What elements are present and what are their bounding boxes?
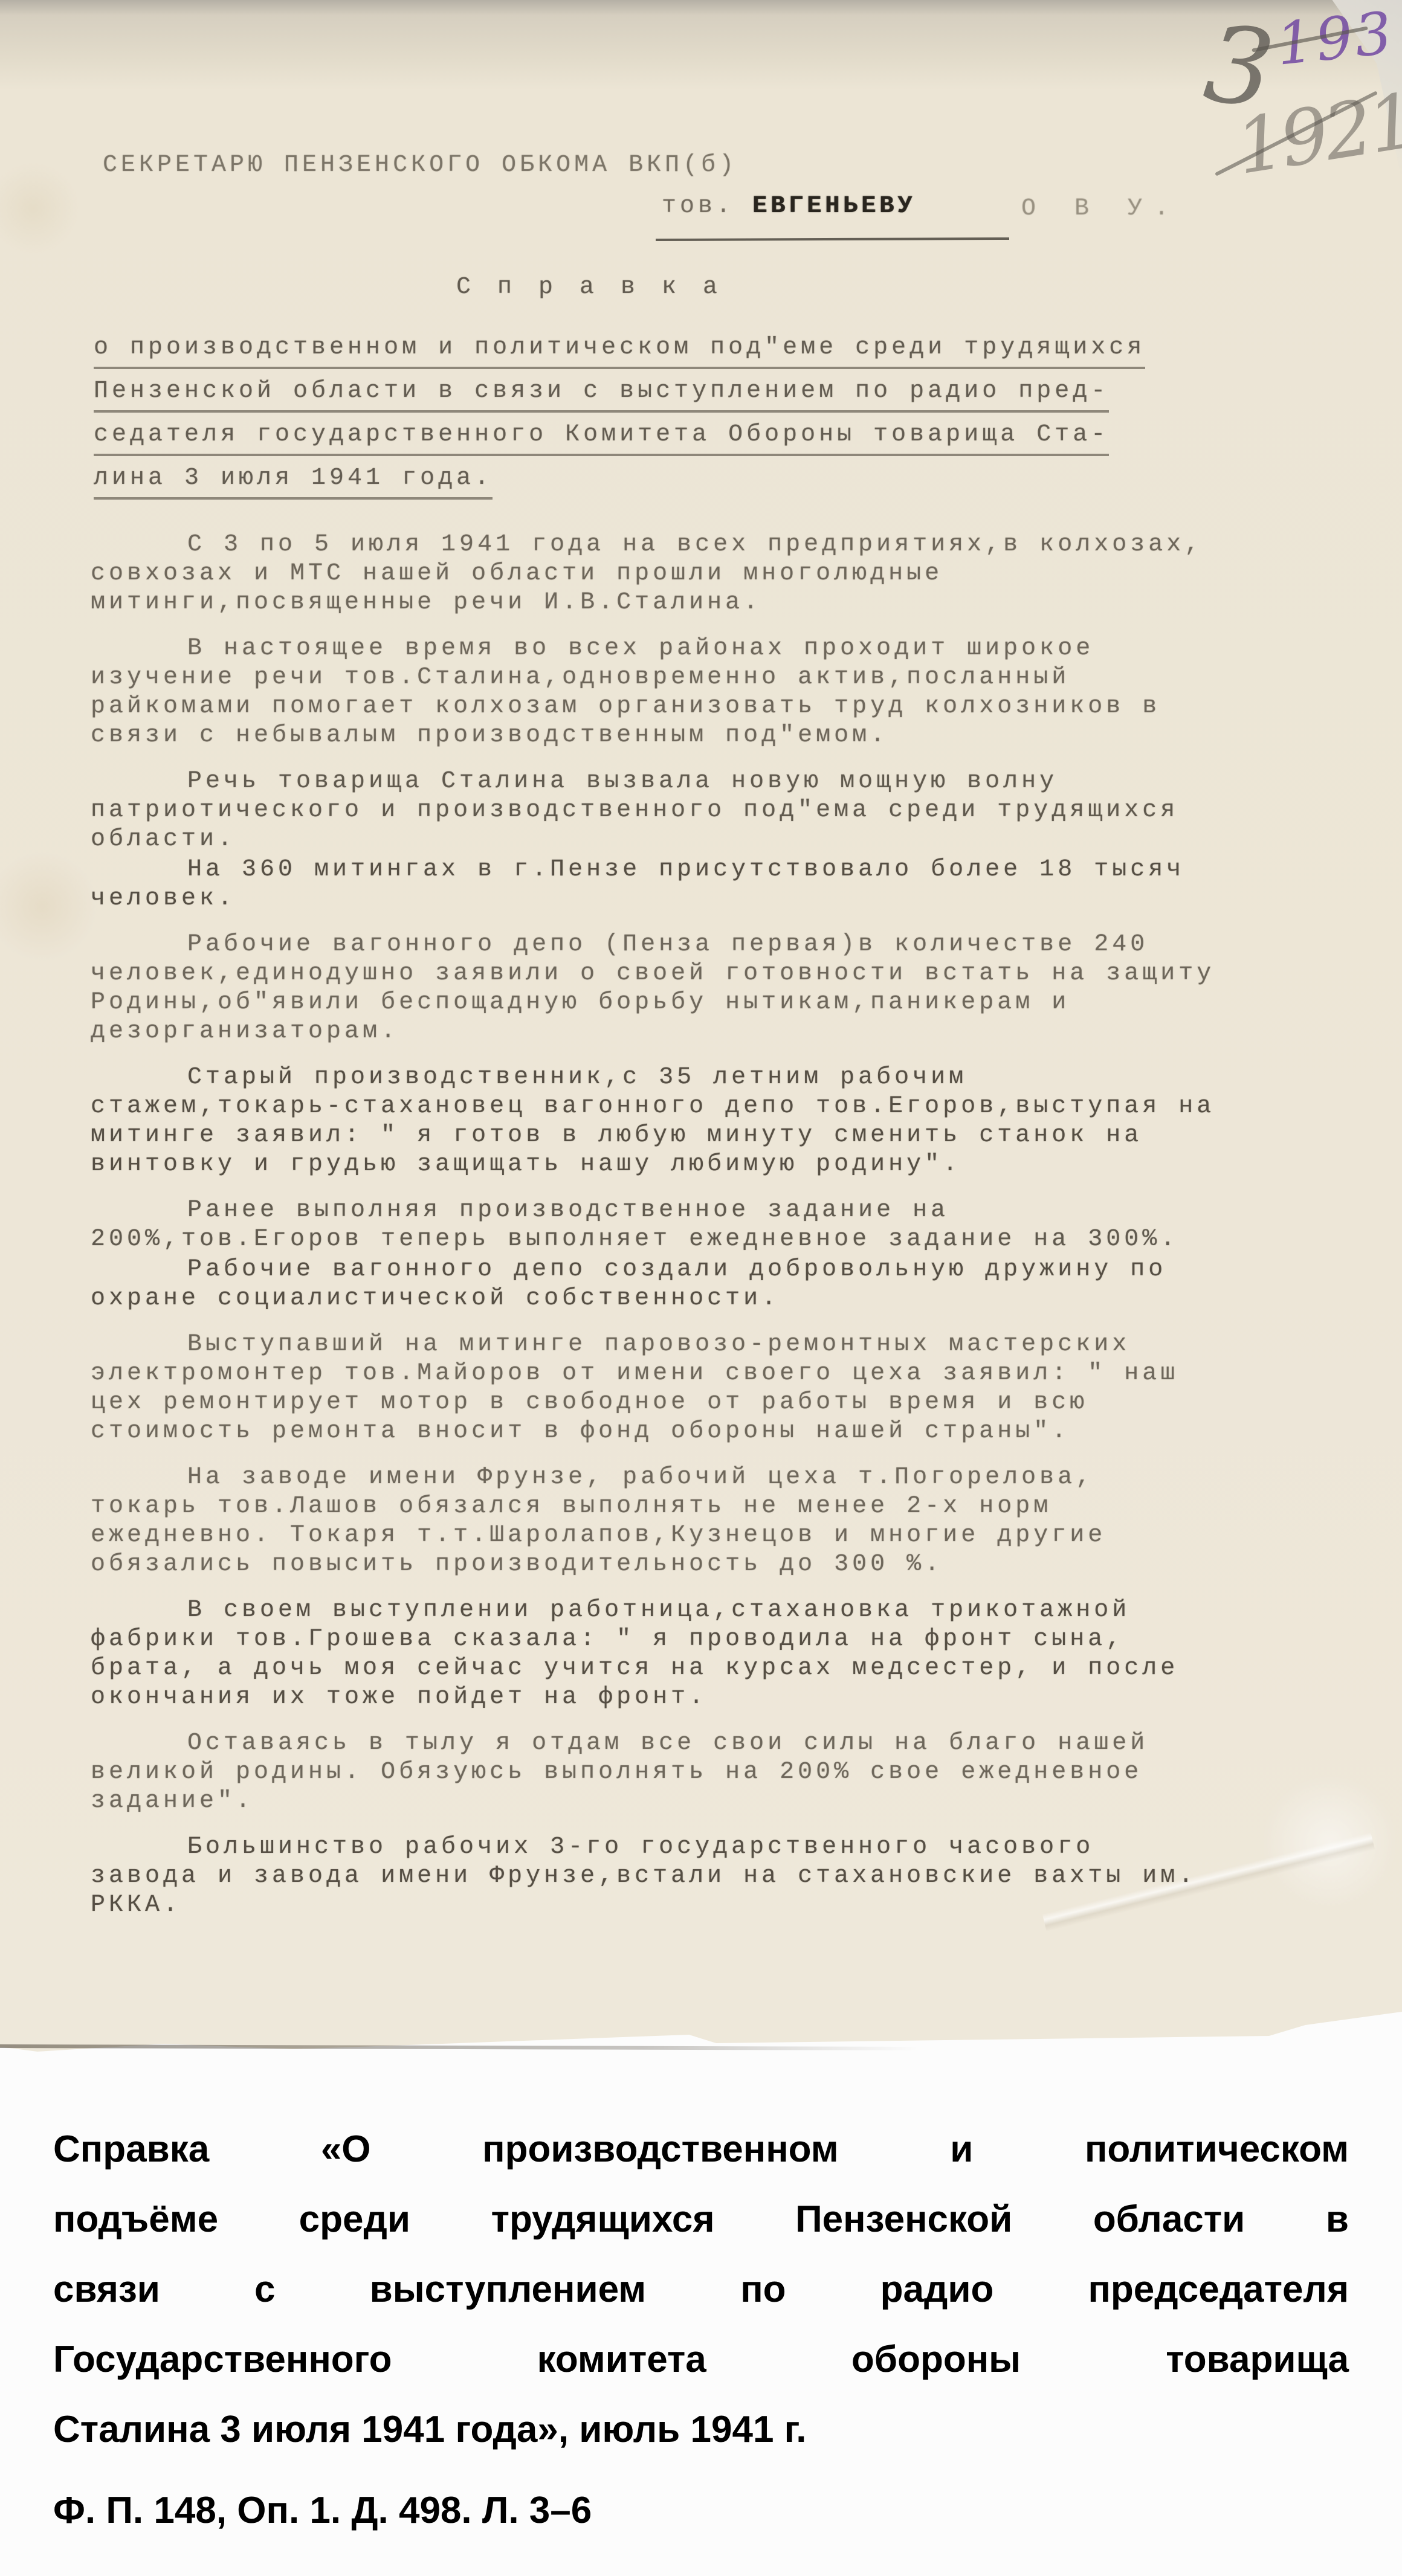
caption-line: Государственного комитета обороны товари… [53, 2325, 1349, 2395]
paragraph: Оставаясь в тылу я отдам все свои силы н… [91, 1729, 1221, 1816]
paragraph: В настоящее время во всех районах проход… [91, 634, 1221, 750]
document-body: С 3 по 5 июля 1941 года на всех предприя… [91, 530, 1221, 1937]
document-title: о производственном и политическом под"ем… [94, 333, 1302, 507]
title-line: седателя государственного Комитета Оборо… [94, 420, 1109, 456]
paragraph: На 360 митингах в г.Пензе присутствовало… [91, 855, 1221, 913]
paragraph: На заводе имени Фрунзе, рабочий цеха т.П… [91, 1463, 1221, 1579]
paragraph: Старый производственник,с 35 летним рабо… [91, 1063, 1221, 1179]
title-line: лина 3 июля 1941 года. [94, 464, 493, 500]
caption: Справка «О производственном и политическ… [53, 2114, 1349, 2546]
caption-line: Справка «О производственном и политическ… [53, 2114, 1349, 2185]
recipient-name-line: тов. ЕВГЕНЬЕВУ [662, 192, 916, 221]
paragraph: С 3 по 5 июля 1941 года на всех предприя… [91, 530, 1221, 617]
scanned-archival-document-page: 3 193 1921 СЕКРЕТАРЮ ПЕНЗЕНСКОГО ОБКОМА … [0, 0, 1402, 2576]
paragraph: В своем выступлении работница,стахановка… [91, 1596, 1221, 1712]
recipient-org-line: СЕКРЕТАРЮ ПЕНЗЕНСКОГО ОБКОМА ВКП(б) [103, 151, 737, 180]
handwritten-purple-number: 193 [1273, 0, 1398, 79]
paragraph: Большинство рабочих 3-го государственног… [91, 1833, 1221, 1920]
recipient-prefix: тов. [662, 193, 734, 220]
caption-line: подъёме среди трудящихся Пензенской обла… [53, 2185, 1349, 2255]
paragraph: Рабочие вагонного депо (Пенза первая)в к… [91, 930, 1221, 1046]
paragraph: Ранее выполняя производственное задание … [91, 1196, 1221, 1254]
paragraph: Выступавший на митинге паровозо-ремонтны… [91, 1330, 1221, 1446]
caption-line: Сталина 3 июля 1941 года», июль 1941 г. [53, 2395, 1349, 2465]
caption-line: связи с выступлением по радио председате… [53, 2255, 1349, 2325]
paragraph: Речь товарища Сталина вызвала новую мощн… [91, 767, 1221, 854]
document-type-heading: С п р а в к а [456, 273, 723, 302]
title-line: Пензенской области в связи с выступление… [94, 377, 1109, 413]
archive-reference: Ф. П. 148, Оп. 1. Д. 498. Л. 3–6 [53, 2476, 1349, 2546]
title-line: о производственном и политическом под"ем… [94, 333, 1145, 369]
paragraph: Рабочие вагонного депо создали доброволь… [91, 1255, 1221, 1313]
paper-bottom-edge-shadow [0, 2044, 919, 2050]
recipient-underline [656, 237, 1009, 241]
recipient-ghost-text: О В У. [1021, 195, 1181, 224]
document-paper: 3 193 1921 СЕКРЕТАРЮ ПЕНЗЕНСКОГО ОБКОМА … [0, 0, 1402, 2053]
recipient-name: ЕВГЕНЬЕВУ [752, 193, 916, 220]
